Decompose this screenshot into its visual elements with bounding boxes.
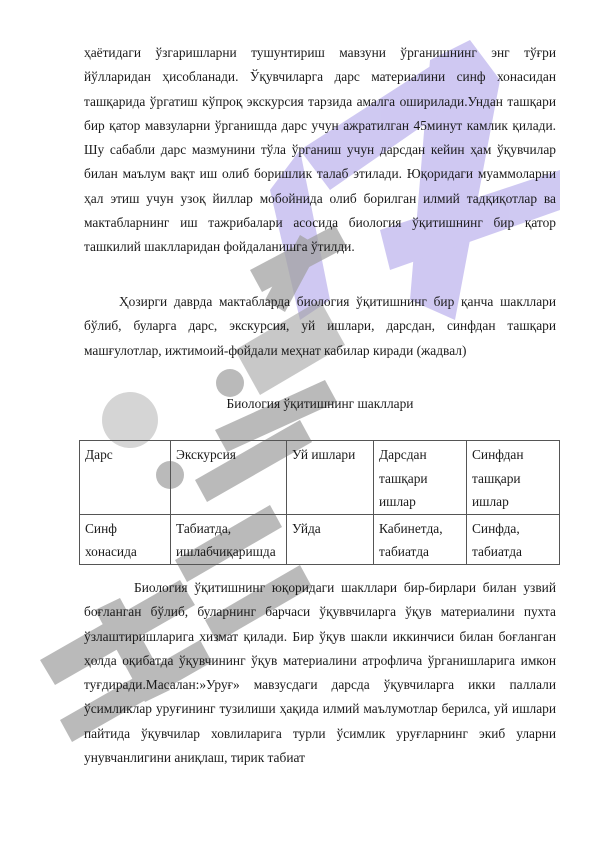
teaching-forms-table: Дарс Экскурсия Уй ишлари Дарсдан ташқари… bbox=[79, 440, 560, 565]
table-cell: Синф хонасида bbox=[80, 514, 171, 564]
table-cell: Дарс bbox=[80, 441, 171, 515]
table-caption: Биология ўқитишнинг шакллари bbox=[84, 394, 556, 414]
paragraph-forms-relationship: Биология ўқитишнинг юқоридаги шакллари б… bbox=[84, 576, 556, 770]
table-cell: Синфдан ташқари ишлар bbox=[467, 441, 560, 515]
paragraph-intro: ҳаётидаги ўзгаришларни тушунтириш мавзун… bbox=[84, 41, 556, 260]
table-cell: Дарсдан ташқари ишлар bbox=[374, 441, 467, 515]
table-cell: Экскурсия bbox=[171, 441, 287, 515]
paragraph-forms-overview: Ҳозирги даврда мактабларда биология ўқит… bbox=[84, 290, 556, 363]
document-page: ҳаётидаги ўзгаришларни тушунтириш мавзун… bbox=[0, 0, 596, 842]
table-cell: Синфда, табиатда bbox=[467, 514, 560, 564]
table-cell: Уйда bbox=[287, 514, 374, 564]
table-header-row: Дарс Экскурсия Уй ишлари Дарсдан ташқари… bbox=[80, 441, 560, 515]
table-cell: Уй ишлари bbox=[287, 441, 374, 515]
table-cell: Кабинетда, табиатда bbox=[374, 514, 467, 564]
table-row: Синф хонасида Табиатда, ишлабчиқаришда У… bbox=[80, 514, 560, 564]
table-cell: Табиатда, ишлабчиқаришда bbox=[171, 514, 287, 564]
